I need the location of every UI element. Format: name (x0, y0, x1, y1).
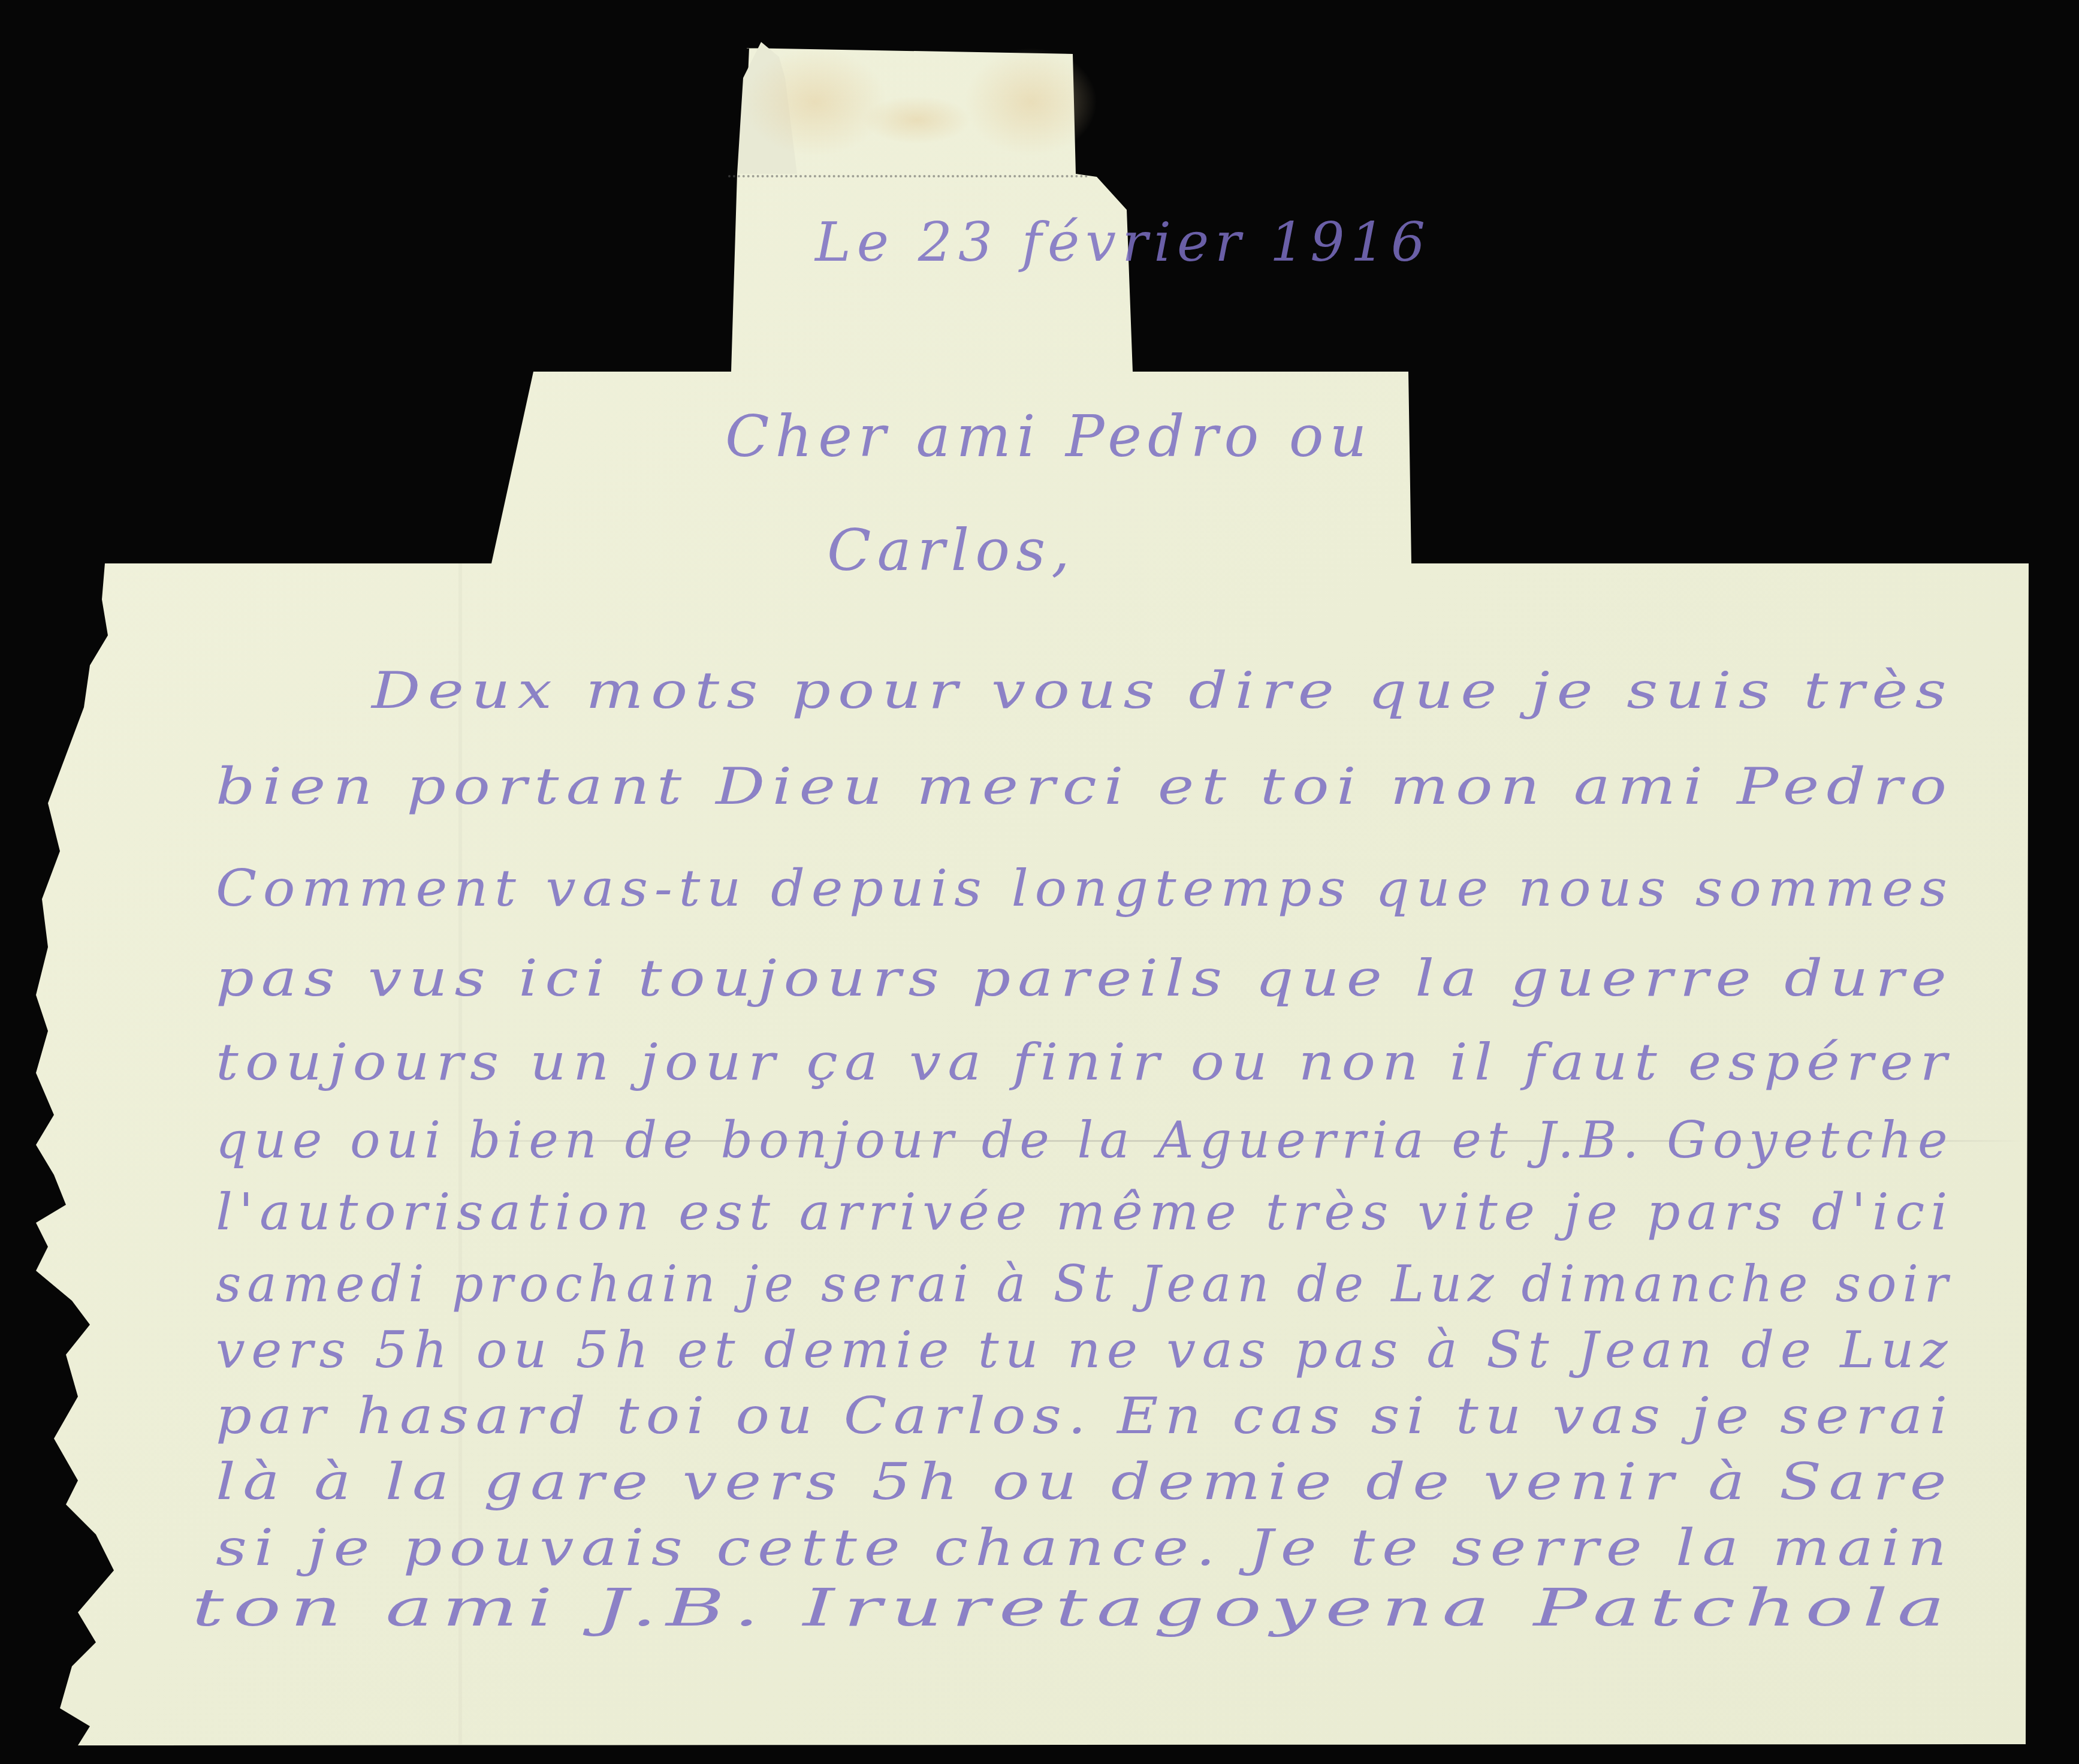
body-line-11: là à la gare vers 5h ou demie de venir à… (216, 1457, 1954, 1507)
body-line-7: l'autorisation est arrivée même très vit… (216, 1187, 1954, 1237)
body-line-3: Comment vas-tu depuis longtemps que nous… (216, 863, 1954, 913)
body-line-12: si je pouvais cette chance. Je te serre … (216, 1522, 1954, 1573)
salutation-line-2: Carlos, (827, 521, 1076, 579)
body-line-1: Deux mots pour vous dire que je suis trè… (372, 665, 1954, 716)
signature-closing: ton ami J.B. Iruretagoyena Patchola (192, 1582, 1954, 1634)
body-line-9: vers 5h ou 5h et demie tu ne vas pas à S… (216, 1325, 1954, 1375)
letter-date: Le 23 février 1916 (815, 216, 1431, 270)
salutation-line-1: Cher ami Pedro ou (725, 408, 1372, 465)
perforation-line (728, 175, 1088, 177)
body-line-8: samedi prochain je serai à St Jean de Lu… (216, 1259, 1954, 1309)
body-line-6: que oui bien de bonjour de la Aguerria e… (216, 1115, 1954, 1165)
body-line-2: bien portant Dieu merci et toi mon ami P… (216, 761, 1954, 812)
body-line-5: toujours un jour ça va finir ou non il f… (216, 1037, 1954, 1087)
body-line-4: pas vus ici toujours pareils que la guer… (216, 953, 1954, 1003)
body-line-10: par hasard toi ou Carlos. En cas si tu v… (216, 1391, 1954, 1441)
